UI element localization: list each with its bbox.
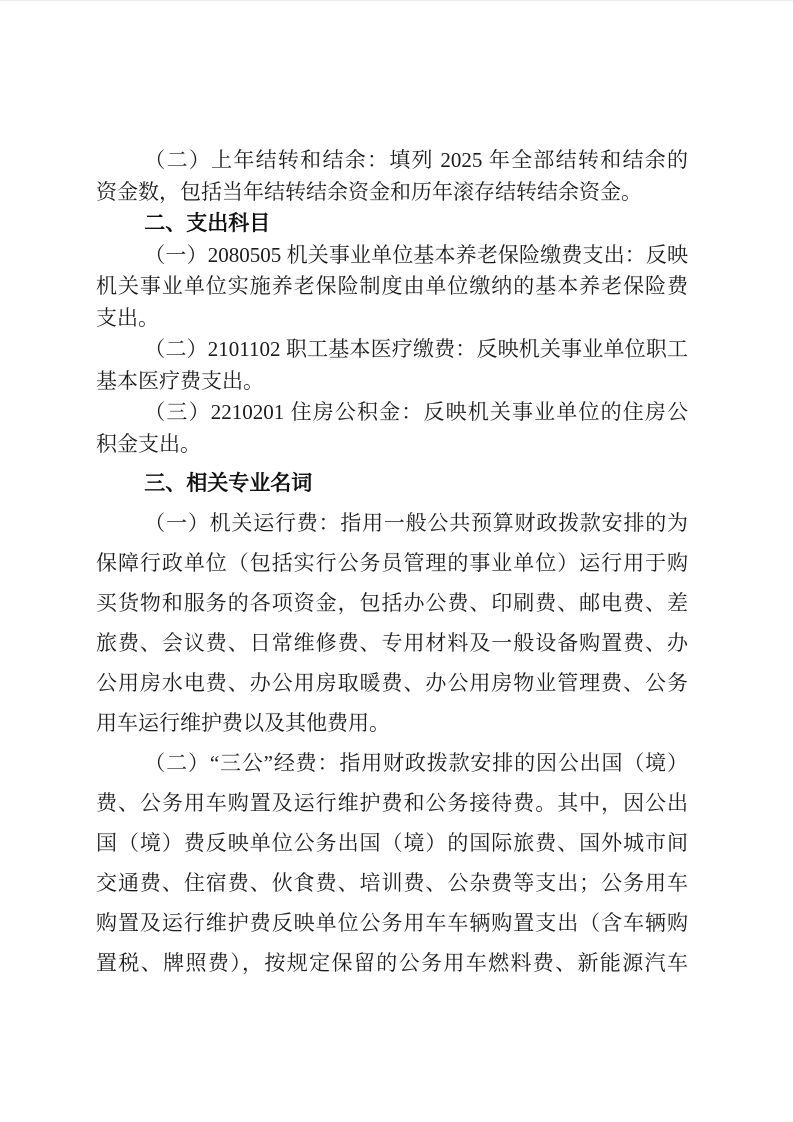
text-line: 支出。 xyxy=(96,303,688,335)
text-line: 费、公务用车购置及运行维护费和公务接待费。其中，因公出 xyxy=(96,783,688,823)
text-line: 置税、牌照费），按规定保留的公务用车燃料费、新能源汽车 xyxy=(96,943,688,983)
section-related-terminology: 三、相关专业名词（一）机关运行费：指用一般公共预算财政拨款安排的为保障行政单位（… xyxy=(96,463,688,983)
text-line: （一）2080505 机关事业单位基本养老保险缴费支出：反映 xyxy=(96,240,688,272)
text-line: 资金数，包括当年结转结余资金和历年滚存结转结余资金。 xyxy=(96,177,688,209)
text-line: 用车运行维护费以及其他费用。 xyxy=(96,703,688,743)
text-line: 买货物和服务的各项资金，包括办公费、印刷费、邮电费、差 xyxy=(96,583,688,623)
section-expenditure-subjects: （二）上年结转和结余：填列 2025 年全部结转和结余的资金数，包括当年结转结余… xyxy=(96,145,688,460)
text-line: 积金支出。 xyxy=(96,429,688,461)
text-line: 机关事业单位实施养老保险制度由单位缴纳的基本养老保险费 xyxy=(96,271,688,303)
text-line: （二）“三公”经费：指用财政拨款安排的因公出国（境） xyxy=(96,743,688,783)
text-line: 购置及运行维护费反映单位公务用车车辆购置支出（含车辆购 xyxy=(96,903,688,943)
text-line: 保障行政单位（包括实行公务员管理的事业单位）运行用于购 xyxy=(96,543,688,583)
section-heading: 二、支出科目 xyxy=(96,208,688,240)
page-top-edge xyxy=(0,0,793,1)
text-line: 公用房水电费、办公用房取暖费、办公用房物业管理费、公务 xyxy=(96,663,688,703)
text-line: （二）2101102 职工基本医疗缴费：反映机关事业单位职工 xyxy=(96,334,688,366)
text-line: （一）机关运行费：指用一般公共预算财政拨款安排的为 xyxy=(96,503,688,543)
text-line: 旅费、会议费、日常维修费、专用材料及一般设备购置费、办 xyxy=(96,623,688,663)
section-heading: 三、相关专业名词 xyxy=(96,463,688,503)
text-line: （二）上年结转和结余：填列 2025 年全部结转和结余的 xyxy=(96,145,688,177)
text-line: 交通费、住宿费、伙食费、培训费、公杂费等支出；公务用车 xyxy=(96,863,688,903)
text-line: （三）2210201 住房公积金：反映机关事业单位的住房公 xyxy=(96,397,688,429)
text-line: 国（境）费反映单位公务出国（境）的国际旅费、国外城市间 xyxy=(96,823,688,863)
document-body: （二）上年结转和结余：填列 2025 年全部结转和结余的资金数，包括当年结转结余… xyxy=(96,145,688,983)
document-page: （二）上年结转和结余：填列 2025 年全部结转和结余的资金数，包括当年结转结余… xyxy=(0,0,793,1122)
text-line: 基本医疗费支出。 xyxy=(96,366,688,398)
